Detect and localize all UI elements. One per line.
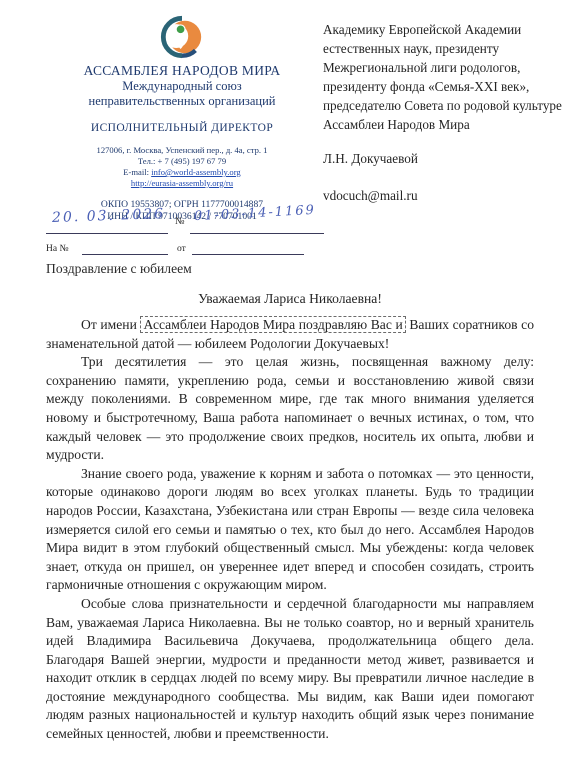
paragraph-4: Особые слова признательности и сердечной… [46,595,534,744]
org-address: 127006, г. Москва, Успенский пер., д. 4а… [38,145,326,156]
date-underline [46,233,168,234]
org-subtitle-line2: неправительственных организаций [38,94,326,109]
annotation-dashed-box: Ассамблеи Народов Мира поздравляю Вас и [140,316,405,333]
date-number-row: 20. 03. 2026 № 01-03-14-1169 [46,210,326,236]
number-underline [190,233,324,234]
ot-underline [192,254,304,255]
number-sign: № [175,216,185,227]
ot-label: от [177,244,186,254]
role-title: ИСПОЛНИТЕЛЬНЫЙ ДИРЕКТОР [38,122,326,134]
letterhead: АССАМБЛЕЯ НАРОДОВ МИРА Международный сою… [38,14,326,223]
letter-subject: Поздравление с юбилеем [46,261,192,277]
letter-page: АССАМБЛЕЯ НАРОДОВ МИРА Международный сою… [0,0,575,766]
reply-reference-row: На № от [46,240,326,260]
org-subtitle-line1: Международный союз [38,79,326,94]
paragraph-3: Знание своего рода, уважение к корням и … [46,465,534,595]
letter-body: Уважаемая Лариса Николаевна! От имени Ас… [46,291,534,744]
addressee-name: Л.Н. Докучаевой [323,149,566,168]
addressee-block: Академику Европейской Академии естествен… [323,20,566,205]
na-number-label: На № [46,244,69,254]
org-phone: Тел.: + 7 (495) 197 67 79 [38,156,326,167]
salutation: Уважаемая Лариса Николаевна! [46,291,534,307]
paragraph-1-prefix: От имени [81,317,140,332]
addressee-email: vdocuch@mail.ru [323,186,566,205]
contact-block: 127006, г. Москва, Успенский пер., д. 4а… [38,145,326,189]
org-website-link[interactable]: http://eurasia-assembly.org/ru [131,178,233,188]
org-email-link[interactable]: info@world-assembly.org [151,167,241,177]
assembly-logo-icon [159,14,205,60]
paragraph-2: Три десятилетия — это целая жизнь, посвя… [46,353,534,465]
org-name: АССАМБЛЕЯ НАРОДОВ МИРА [38,63,326,79]
org-email-line: E-mail: info@world-assembly.org [38,167,326,178]
na-number-underline [82,254,168,255]
paragraph-1: От имени Ассамблеи Народов Мира поздравл… [46,316,534,353]
addressee-titles: Академику Европейской Академии естествен… [323,20,566,134]
reference-block: 20. 03. 2026 № 01-03-14-1169 На № от [46,210,326,260]
handwritten-date: 20. 03. 2026 [52,206,166,226]
email-label: E-mail: [123,167,151,177]
